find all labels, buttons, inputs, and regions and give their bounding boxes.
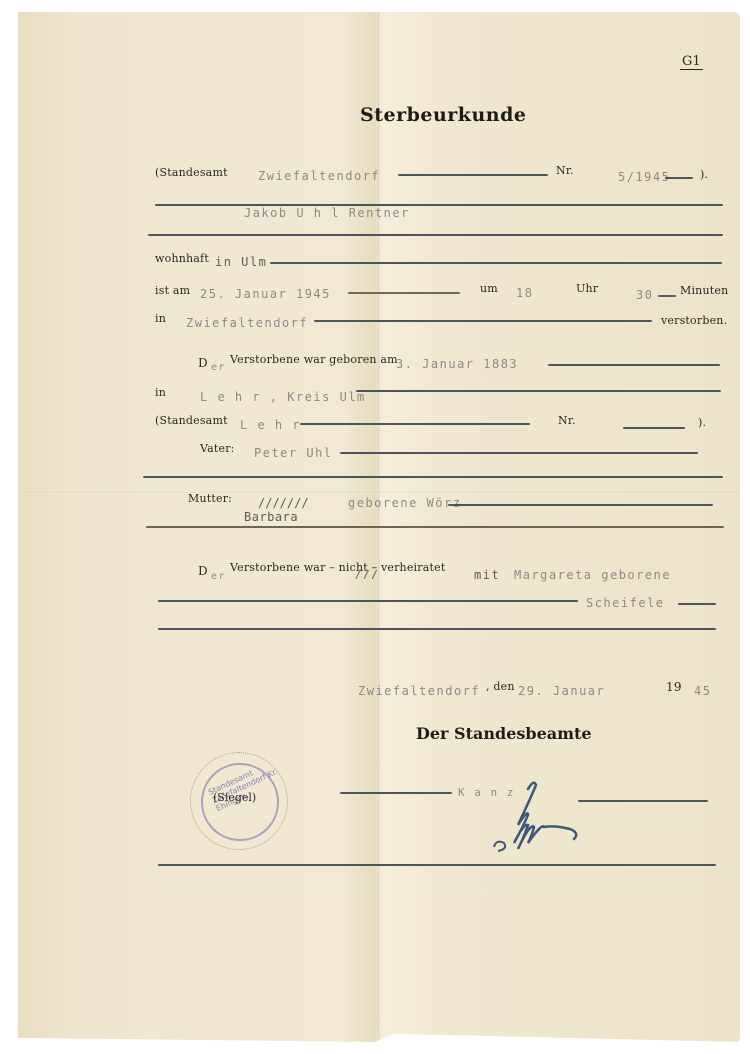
- rule: [143, 476, 723, 478]
- birth-registry-value: L e h r: [240, 418, 301, 432]
- place-date-city: Zwiefaltendorf: [358, 684, 480, 698]
- rule: [270, 262, 722, 264]
- rule: [665, 177, 693, 179]
- rule: [658, 295, 676, 297]
- in-label: in: [155, 312, 166, 325]
- year-suffix: 45: [694, 684, 711, 698]
- paren-close: ).: [700, 168, 708, 181]
- birth-paren-close: ).: [698, 416, 706, 429]
- official-seal: Standesamt Zwiefaltendorf Kr. Ehingen (S…: [190, 752, 288, 850]
- birth-in-label: in: [155, 386, 166, 399]
- form-number: G1: [680, 54, 703, 70]
- birth-registry-label: (Standesamt: [155, 414, 228, 427]
- father-label: Vater:: [200, 442, 235, 455]
- rule: [146, 526, 724, 528]
- died-on-label: ist am: [155, 284, 190, 297]
- registry-office-label: (Standesamt: [155, 166, 228, 179]
- death-place-value: Zwiefaltendorf: [186, 316, 308, 330]
- at-label: um: [480, 282, 498, 295]
- died-on-value: 25. Januar 1945: [200, 287, 331, 301]
- rule: [148, 234, 723, 236]
- born-value: 3. Januar 1883: [396, 357, 518, 371]
- horizontal-fold: [18, 492, 740, 494]
- rule: [340, 452, 698, 454]
- place-date-value: 29. Januar: [518, 684, 605, 698]
- registrar-title: Der Standesbeamte: [416, 724, 592, 743]
- minutes-label: Minuten: [680, 284, 728, 297]
- rule: [158, 864, 716, 866]
- rule: [158, 600, 578, 602]
- rule: [548, 364, 720, 366]
- rule: [300, 423, 530, 425]
- year-prefix: 19: [666, 680, 682, 694]
- rule: [340, 792, 452, 794]
- signature-icon: [488, 777, 598, 857]
- born-prefix-d: D: [198, 356, 208, 370]
- rule: [314, 320, 652, 322]
- rule: [623, 427, 685, 429]
- seal-label: (Siegel): [213, 791, 256, 804]
- hour-value: 18: [516, 286, 533, 300]
- rule: [678, 603, 716, 605]
- spouse-value-1: Margareta geborene: [514, 568, 671, 582]
- rule: [356, 390, 721, 392]
- mother-struck-text: ///////: [258, 496, 309, 510]
- married-prefix-er: er: [211, 571, 226, 582]
- rule: [348, 292, 460, 294]
- died-label: verstorben.: [661, 314, 727, 327]
- place-date-den: , den: [486, 680, 515, 693]
- mother-first-name: Barbara: [244, 510, 298, 524]
- number-value: 5/1945: [618, 170, 670, 184]
- number-label: Nr.: [556, 164, 574, 177]
- registry-office-value: Zwiefaltendorf: [258, 169, 380, 183]
- residence-label: wohnhaft: [155, 252, 209, 265]
- rule: [158, 628, 716, 630]
- married-label: Verstorbene war – nicht – verheiratet: [230, 561, 445, 574]
- mother-value: geborene Wörz: [348, 496, 461, 510]
- married-prefix-d: D: [198, 564, 208, 578]
- rule: [398, 174, 548, 176]
- rule: [155, 204, 723, 206]
- born-prefix-er: er: [211, 362, 226, 373]
- birth-number-label: Nr.: [558, 414, 576, 427]
- hour-label: Uhr: [576, 282, 598, 295]
- deceased-name: Jakob U h l Rentner: [244, 206, 410, 220]
- father-value: Peter Uhl: [254, 446, 333, 460]
- rule: [448, 504, 713, 506]
- married-with: mit: [474, 568, 500, 582]
- spouse-value-2: Scheifele: [586, 596, 665, 610]
- certificate-paper: G1 Sterbeurkunde (Standesamt Zwiefaltend…: [18, 12, 740, 1042]
- document-title: Sterbeurkunde: [360, 104, 526, 126]
- birth-place-value: L e h r , Kreis Ulm: [200, 390, 366, 404]
- residence-value: in Ulm: [215, 255, 267, 269]
- minute-value: 30: [636, 288, 653, 302]
- born-label: Verstorbene war geboren am: [230, 353, 398, 366]
- mother-label: Mutter:: [188, 492, 232, 505]
- married-strike: ///: [355, 568, 379, 581]
